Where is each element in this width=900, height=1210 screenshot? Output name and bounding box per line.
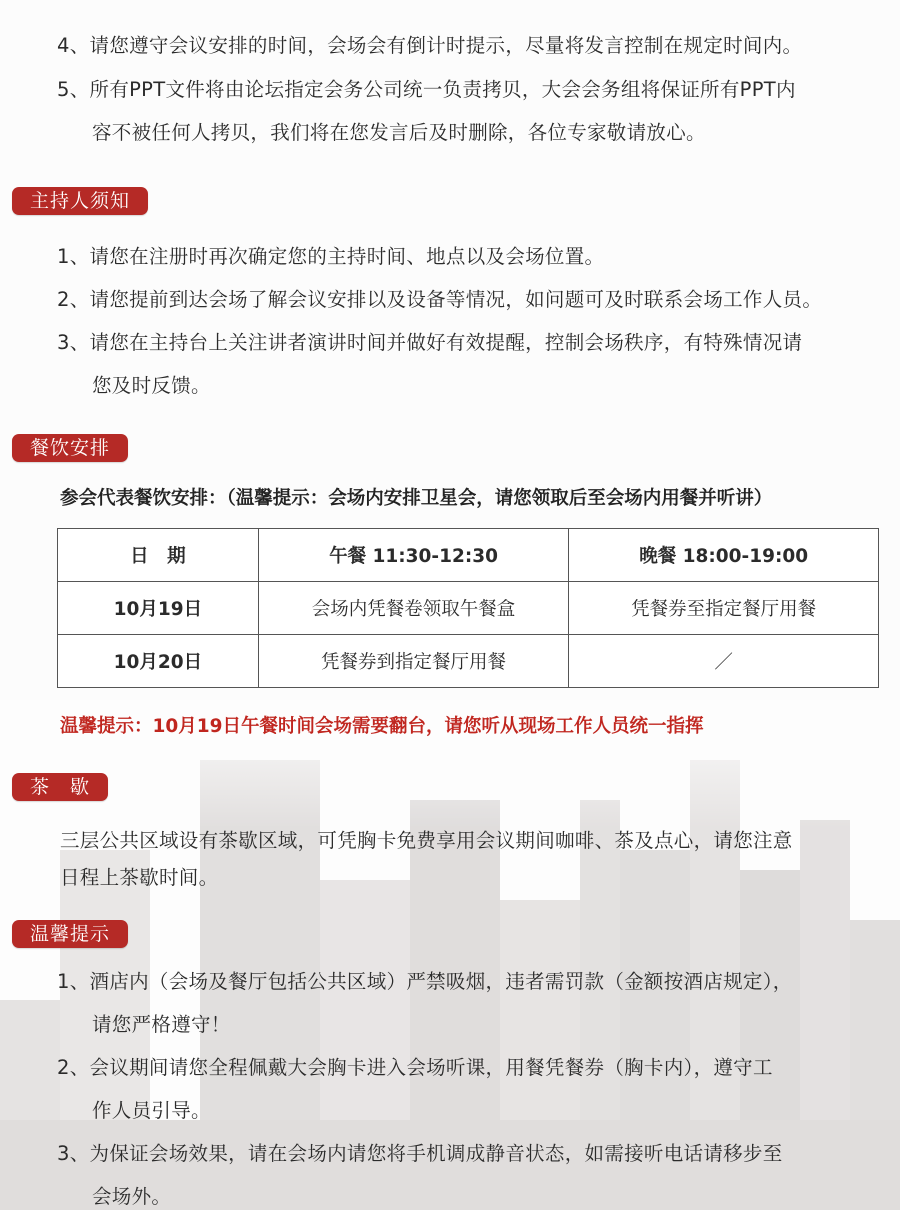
list-item: 4、请您遵守会议安排的时间，会场会有倒计时提示，尽量将发言控制在规定时间内。: [57, 30, 802, 58]
table-header-row: 日 期 午餐 11:30-12:30 晚餐 18:00-19:00: [58, 529, 879, 582]
tea-break-text: 三层公共区域设有茶歇区域，可凭胸卡免费享用会议期间咖啡、茶及点心，请您注意: [60, 825, 793, 853]
list-item: 2、请您提前到达会场了解会议安排以及设备等情况，如问题可及时联系会场工作人员。: [57, 284, 822, 312]
list-item: 2、会议期间请您全程佩戴大会胸卡进入会场听课，用餐凭餐券（胸卡内），遵守工: [57, 1052, 773, 1080]
list-item-continuation: 会场外。: [92, 1181, 171, 1209]
tea-break-text-continuation: 日程上茶歇时间。: [60, 862, 218, 890]
section-badge-reminders: 温馨提示: [12, 920, 128, 948]
cell-date: 10月20日: [58, 635, 259, 688]
section-badge-host-notice: 主持人须知: [12, 187, 148, 215]
city-skyline-background: [0, 700, 900, 1210]
list-item-continuation: 您及时反馈。: [92, 370, 211, 398]
list-item: 3、请您在主持台上关注讲者演讲时间并做好有效提醒，控制会场秩序，有特殊情况请: [57, 327, 802, 355]
list-item-continuation: 请您严格遵守！: [92, 1009, 231, 1037]
header-date: 日 期: [58, 529, 259, 582]
list-item: 1、请您在注册时再次确定您的主持时间、地点以及会场位置。: [57, 241, 604, 269]
table-row: 10月20日 凭餐券到指定餐厅用餐 ／: [58, 635, 879, 688]
catering-warning: 温馨提示：10月19日午餐时间会场需要翻台，请您听从现场工作人员统一指挥: [60, 712, 704, 738]
catering-intro: 参会代表餐饮安排：（温馨提示：会场内安排卫星会，请您领取后至会场内用餐并听讲）: [60, 484, 772, 510]
list-item: 3、为保证会场效果，请在会场内请您将手机调成静音状态，如需接听电话请移步至: [57, 1138, 783, 1166]
cell-lunch: 凭餐券到指定餐厅用餐: [258, 635, 569, 688]
list-item: 1、酒店内（会场及餐厅包括公共区域）严禁吸烟，违者需罚款（金额按酒店规定），: [57, 966, 793, 994]
cell-dinner: 凭餐券至指定餐厅用餐: [569, 582, 879, 635]
list-item: 5、所有PPT文件将由论坛指定会务公司统一负责拷贝，大会会务组将保证所有PPT内: [57, 74, 796, 102]
table-row: 10月19日 会场内凭餐卷领取午餐盒 凭餐券至指定餐厅用餐: [58, 582, 879, 635]
cell-lunch: 会场内凭餐卷领取午餐盒: [258, 582, 569, 635]
list-item-continuation: 作人员引导。: [92, 1095, 211, 1123]
header-dinner: 晚餐 18:00-19:00: [569, 529, 879, 582]
meal-schedule-table: 日 期 午餐 11:30-12:30 晚餐 18:00-19:00 10月19日…: [57, 528, 879, 688]
cell-date: 10月19日: [58, 582, 259, 635]
header-lunch: 午餐 11:30-12:30: [258, 529, 569, 582]
section-badge-tea-break: 茶 歇: [12, 773, 108, 801]
list-item-continuation: 容不被任何人拷贝，我们将在您发言后及时删除，各位专家敬请放心。: [92, 117, 706, 145]
cell-dinner: ／: [569, 635, 879, 688]
section-badge-catering: 餐饮安排: [12, 434, 128, 462]
